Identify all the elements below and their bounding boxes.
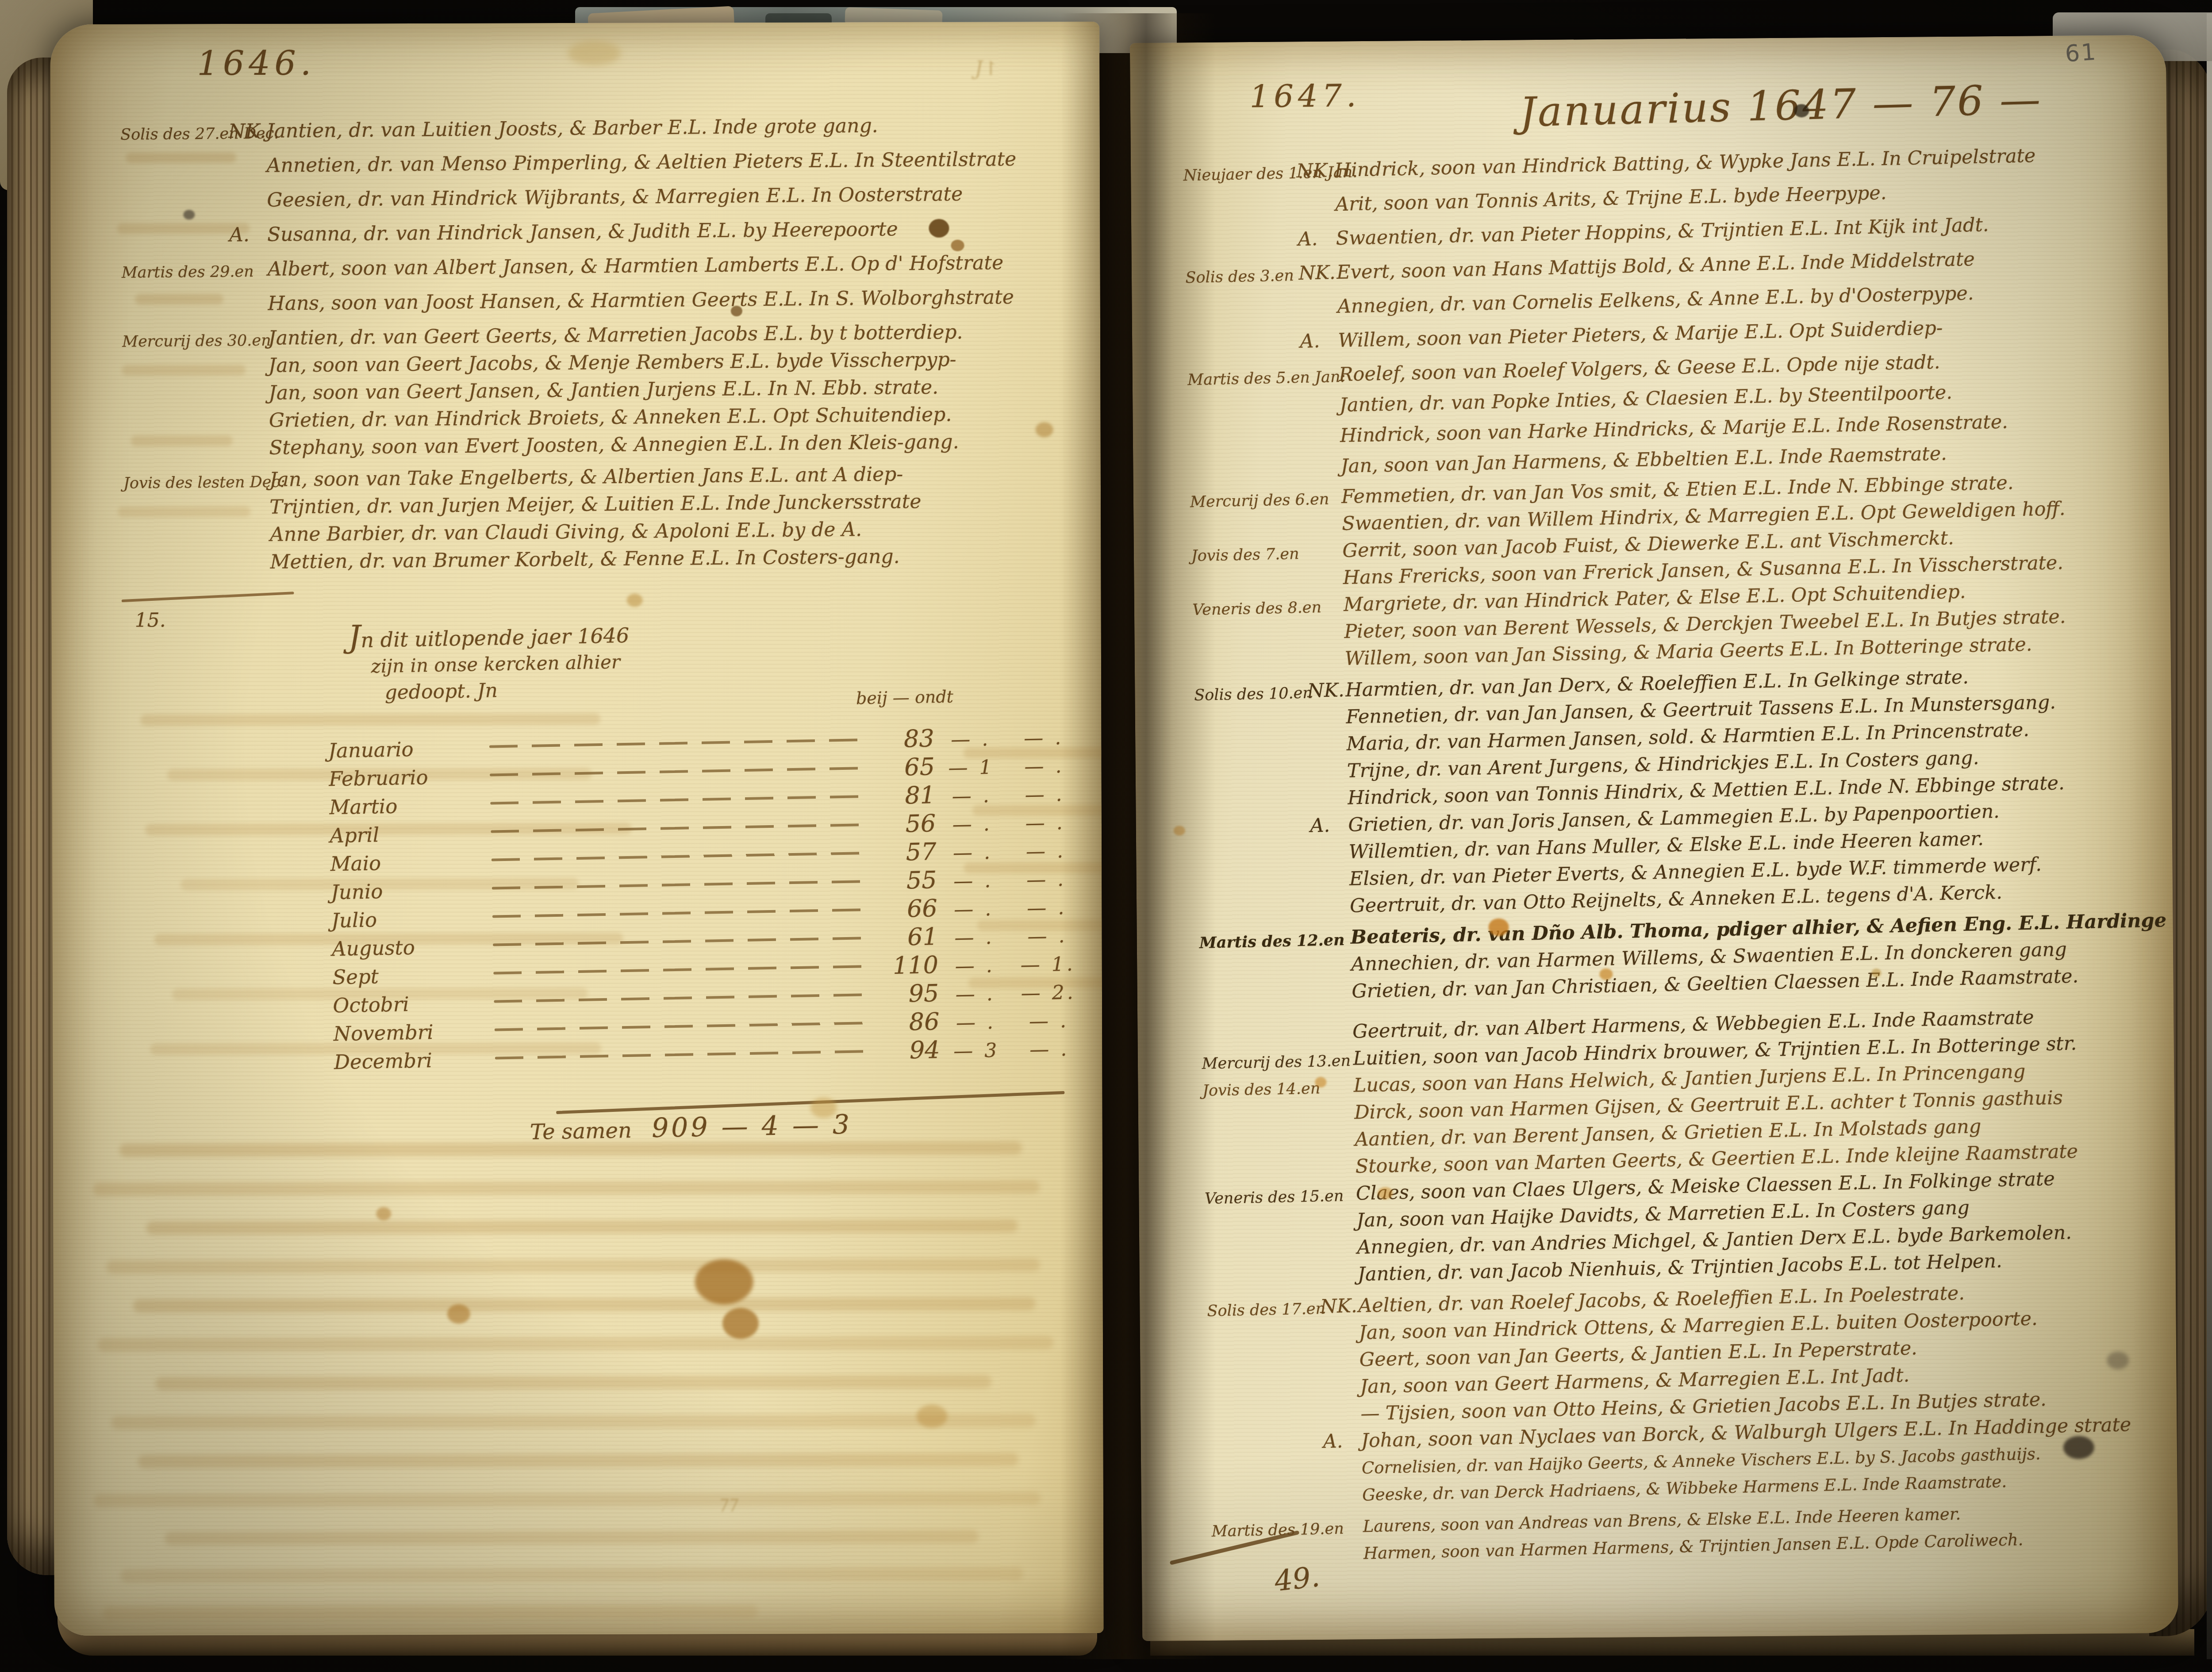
entry-text: Albert, soon van Albert Jansen, & Harmti… (268, 251, 1004, 281)
baptism-entry: A. Susanna, dr. van Hindrick Jansen, & J… (121, 214, 1090, 250)
month-label: Januario (328, 736, 484, 762)
extra-col-2: — . (1011, 924, 1084, 948)
entry-day-label: Mercurij des 30.en (122, 327, 271, 356)
baptism-summary-1646: Jn dit uitlopende jaer 1646 zijn in onse… (238, 610, 1093, 709)
church-mark: A. (1323, 1428, 1343, 1455)
entry-text: Hans, soon van Joost Hansen, & Harmtien … (268, 286, 1014, 315)
entry-text: Evert, soon van Hans Mattijs Bold, & Ann… (1336, 248, 1975, 284)
entry-text: Jantien, dr. van Luitien Joosts, & Barbe… (266, 115, 878, 142)
extra-col-1: — . (938, 954, 1012, 978)
month-label: Julio (331, 906, 487, 932)
entry-text: Anne Barbier, dr. van Claudi Giving, & A… (270, 518, 862, 546)
extra-col-2: — . (1009, 811, 1082, 835)
month-label: Martio (329, 793, 484, 819)
entry-text: Roelef, soon van Roelef Volgers, & Geese… (1339, 351, 1940, 386)
dashed-leader (490, 767, 862, 776)
baptism-entry: Geesien, dr. van Hindrick Wijbrants, & M… (121, 180, 1090, 215)
extra-col-2: — . (1010, 868, 1083, 892)
entry-day-label: Jovis des lesten Dec: (123, 468, 285, 497)
ink-bleed-mark: ⁊⁊ (718, 1491, 737, 1514)
month-label: Decembri (334, 1048, 489, 1074)
folio-number: 61 (2064, 39, 2098, 68)
total-value: 909 — 4 — 3 (651, 1109, 852, 1144)
baptism-entries-1646: Solis des 27.en Dec. NK. Jantien, dr. va… (120, 111, 1093, 577)
extra-col-2: — . (1007, 754, 1081, 778)
entry-text: Annegien, dr. van Cornelis Eelkens, & An… (1337, 282, 1974, 318)
extra-col-2: — . (1013, 1038, 1086, 1061)
dashed-leader (495, 1050, 868, 1059)
dashed-leader (492, 880, 864, 889)
entry-text: Arit, soon van Tonnis Arits, & Trijne E.… (1335, 182, 1887, 215)
entry-text: Geesien, dr. van Hindrick Wijbrants, & M… (267, 183, 963, 211)
dashed-leader (490, 795, 863, 804)
extra-col-2: — . (1012, 1009, 1086, 1033)
month-count: 110 (872, 951, 939, 980)
manuscript-book-scan: 1646. Solis des 27.en Dec. NK. Jantien, … (0, 0, 2212, 1672)
month-count: 94 (873, 1036, 940, 1065)
ink-stain (568, 41, 621, 65)
extra-col-1: — 1 (935, 756, 1008, 780)
ink-stain (447, 1304, 470, 1324)
extra-col-1: — . (935, 784, 1009, 808)
baptism-entries-1647: Nieujaer des 1.en Jan. NK. Hindrick, soo… (1183, 140, 2178, 1570)
baptism-entry: Hans, soon van Joost Hansen, & Harmtien … (122, 283, 1091, 319)
entry-text: Stephany, soon van Evert Joosten, & Anne… (269, 430, 959, 459)
dashed-leader (494, 993, 866, 1003)
baptism-entry: Annetien, dr. van Menso Pimperling, & Ae… (120, 145, 1089, 181)
book-cover-right (2207, 13, 2212, 1659)
extra-col-1: — . (937, 897, 1010, 921)
entry-text: Jantien, dr. van Geert Geerts, & Marreti… (268, 321, 963, 350)
entry-text: Jantien, dr. van Popke Inties, & Claesie… (1339, 381, 1952, 416)
extra-col-1: — . (934, 727, 1007, 751)
month-label: Sept (332, 963, 488, 989)
margin-note-15: 15. (135, 609, 166, 631)
entry-text: Swaentien, dr. van Pieter Hoppins, & Tri… (1336, 214, 1989, 250)
entry-text: Mettien, dr. van Brumer Korbelt, & Fenne… (270, 545, 900, 573)
baptism-entry: Martis des 29.en Albert, soon van Albert… (122, 249, 1091, 284)
month-count: 61 (871, 922, 938, 952)
entry-day-label: Martis des 29.en (122, 258, 254, 287)
month-label: Februario (329, 765, 484, 791)
entry-day-label: Solis des 3.en (1185, 262, 1294, 292)
ink-stain (695, 1259, 753, 1304)
month-count: 65 (868, 753, 935, 782)
extra-col-1: — 3 (940, 1039, 1013, 1063)
month-label: Junio (330, 878, 486, 904)
dashed-leader (492, 852, 864, 861)
month-count: 81 (869, 781, 936, 810)
entry-text: Susanna, dr. van Hindrick Jansen, & Judi… (267, 218, 898, 246)
church-mark: A. (229, 221, 250, 249)
ink-stain (916, 1405, 947, 1428)
month-label: April (330, 821, 485, 847)
church-mark: NK. (1307, 677, 1344, 705)
entry-text: Willem, soon van Pieter Pieters, & Marij… (1338, 317, 1943, 352)
extra-col-1: — . (939, 1011, 1013, 1034)
summary-column-headers: beij — ondt (856, 687, 954, 708)
month-count: 86 (873, 1007, 940, 1037)
extra-col-2: — . (1008, 783, 1082, 807)
extra-col-1: — . (939, 982, 1012, 1006)
extra-col-1: — . (936, 812, 1009, 836)
ink-bleed-mark: J↾ (975, 57, 999, 80)
extra-col-2: — . (1009, 839, 1083, 863)
extra-col-1: — . (936, 841, 1010, 865)
manuscript-page-left: 1646. Solis des 27.en Dec. NK. Jantien, … (50, 22, 1104, 1636)
extra-col-1: — . (937, 869, 1010, 893)
extra-col-2: — . (1007, 726, 1080, 750)
month-count: 57 (870, 838, 937, 867)
dashed-leader (489, 738, 862, 748)
entry-text: Jan, soon van Geert Jansen, & Jantien Ju… (269, 376, 938, 404)
bleed-through-lines (93, 1141, 1068, 1626)
church-mark: NK. (228, 118, 266, 146)
dashed-leader (491, 823, 863, 833)
extra-col-2: — 2. (1012, 981, 1085, 1005)
monthly-baptism-table: Januario 83 — . — . Februario 65 — 1 — .… (328, 722, 1086, 1075)
church-mark: A. (1298, 226, 1318, 253)
entry-text: Annetien, dr. van Menso Pimperling, & Ae… (267, 148, 1017, 177)
month-count: 56 (869, 809, 936, 838)
year-heading-1647: 1647. (1249, 77, 1360, 115)
dashed-leader (493, 965, 866, 974)
church-mark: NK. (1320, 1293, 1358, 1321)
total-row: Te samen 909 — 4 — 3 (530, 1109, 853, 1146)
month-label: Augusto (332, 934, 487, 961)
extra-col-2: — 1. (1011, 953, 1085, 976)
month-count: 66 (871, 894, 937, 923)
entry-text: Grietien, dr. van Hindrick Broiets, & An… (269, 403, 952, 431)
month-label: Novembri (333, 1019, 488, 1045)
year-heading-1646: 1646. (197, 43, 315, 83)
month-count: 95 (872, 979, 939, 1008)
ink-stain (627, 594, 643, 607)
dashed-leader (495, 1022, 867, 1031)
dashed-leader (492, 908, 865, 918)
manuscript-page-right: 1647. Januarius 1647 — 76 — Nieujaer des… (1130, 35, 2178, 1641)
page-count-mark: 49. (1273, 1561, 1321, 1598)
januarius-heading: Januarius 1647 — 76 — (1519, 76, 2043, 136)
month-label: Octobri (333, 991, 488, 1017)
extra-col-2: — . (1010, 896, 1083, 920)
church-mark: A. (1310, 812, 1330, 840)
baptism-entry: Solis des 27.en Dec. NK. Jantien, dr. va… (120, 111, 1089, 146)
extra-col-1: — . (938, 926, 1011, 949)
ink-stain (376, 1207, 391, 1220)
month-label: Maio (330, 849, 485, 876)
church-mark: NK. (1296, 157, 1334, 185)
entry-text: Trijntien, dr. van Jurjen Meijer, & Luit… (269, 490, 921, 519)
dashed-leader (493, 937, 865, 946)
church-mark: NK. (1298, 259, 1336, 287)
entry-text: Jan, soon van Geert Jacobs, & Menje Remb… (268, 348, 956, 377)
ink-stain (1174, 826, 1185, 835)
church-mark: A. (1300, 328, 1320, 355)
entry-text: Jan, soon van Take Engelberts, & Alberti… (269, 463, 903, 491)
entry-text: Jan, soon van Jan Harmens, & Ebbeltien E… (1340, 442, 1947, 477)
entry-text: Hindrick, soon van Hindrick Batting, & W… (1334, 145, 2036, 181)
total-label: Te samen (530, 1118, 632, 1145)
separator-stroke (122, 592, 294, 602)
month-count: 83 (868, 724, 934, 753)
ink-stain (722, 1308, 759, 1339)
entry-day-label: Martis des 5.en Jan: (1187, 364, 1346, 394)
month-count: 55 (870, 866, 937, 895)
flourish-initial: J (348, 619, 361, 655)
